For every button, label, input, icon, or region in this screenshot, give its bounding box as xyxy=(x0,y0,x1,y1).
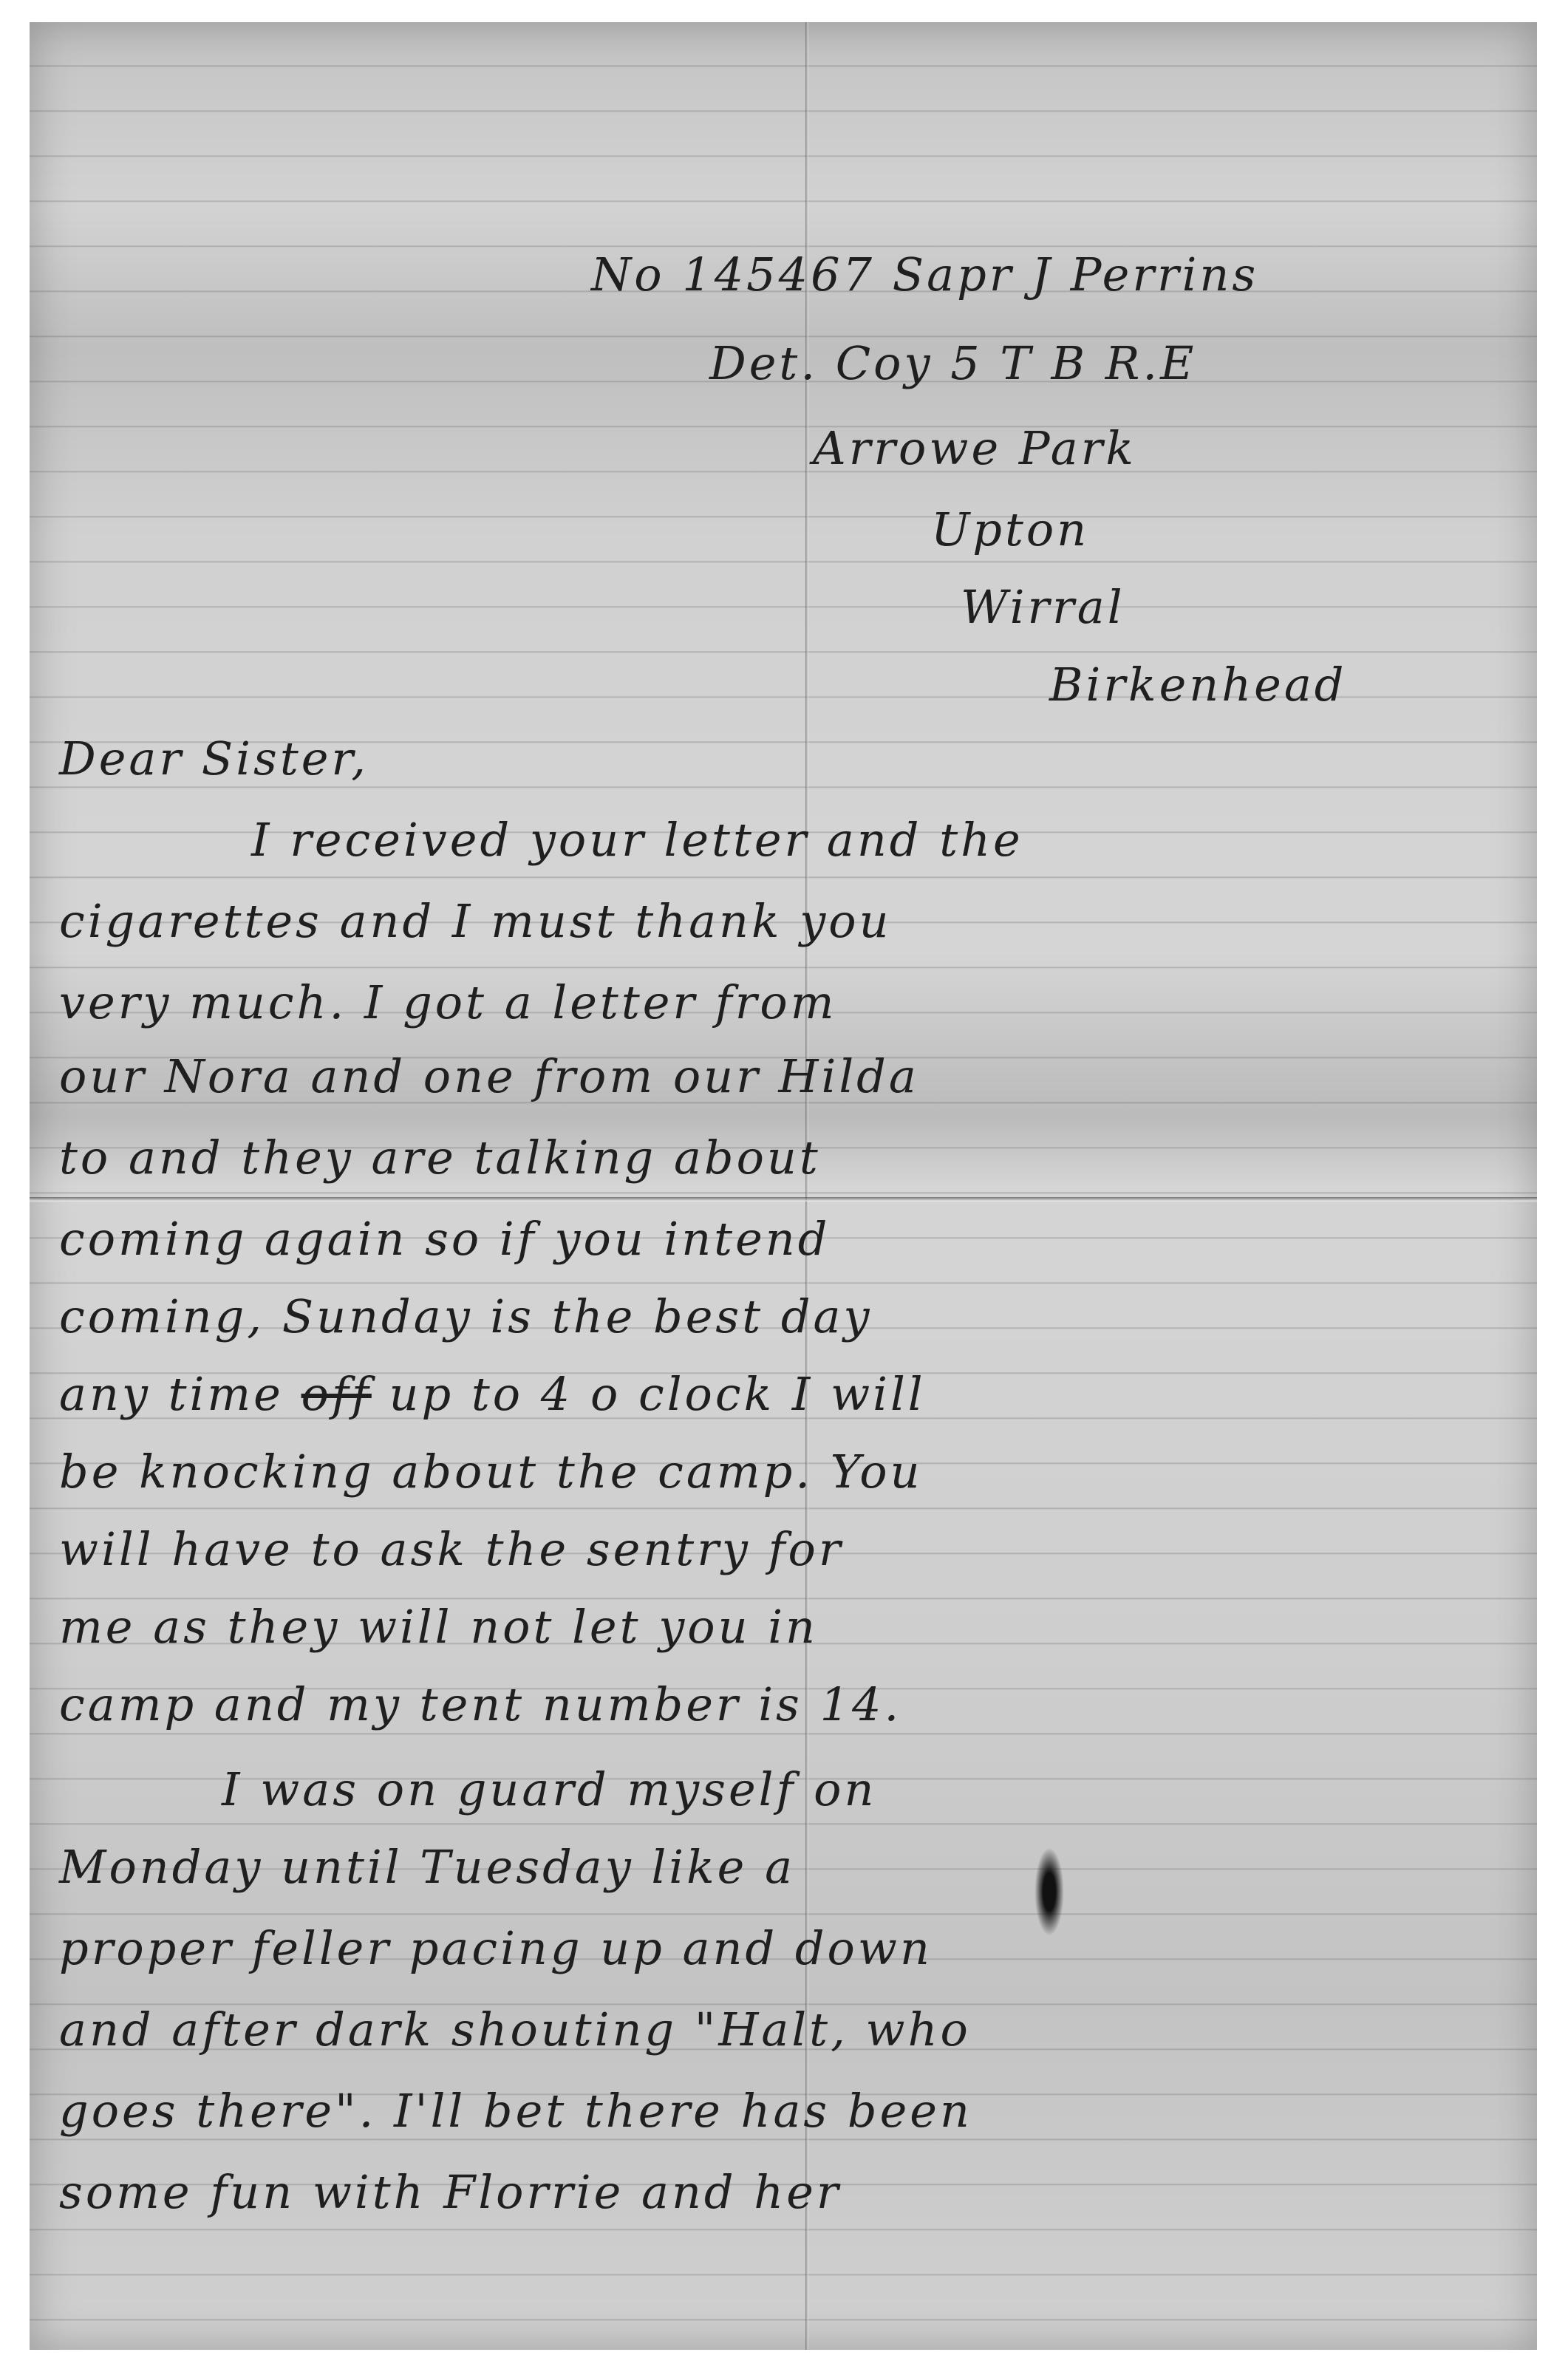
horizontal-fold-crease xyxy=(30,1197,1537,1202)
body-line-1: I received your letter and the xyxy=(251,813,1023,867)
body-line-18: some fun with Florrie and her xyxy=(59,2165,842,2219)
salutation: Dear Sister, xyxy=(59,732,369,785)
body-line-8-end: up to 4 o clock I will xyxy=(389,1367,926,1421)
body-line-11: me as they will not let you in xyxy=(59,1600,818,1654)
header-unit: Det. Coy 5 T B R.E xyxy=(709,336,1196,390)
struck-word: off xyxy=(301,1367,372,1421)
body-line-12: camp and my tent number is 14. xyxy=(59,1677,901,1731)
body-line-15: proper feller pacing up and down xyxy=(59,1921,933,1975)
body-line-3: very much. I got a letter from xyxy=(59,975,836,1029)
body-line-5: to and they are talking about xyxy=(59,1131,821,1185)
body-line-13: I was on guard myself on xyxy=(222,1762,876,1816)
header-address-town: Upton xyxy=(931,502,1089,556)
header-address-park: Arrowe Park xyxy=(813,421,1136,475)
header-address-city: Birkenhead xyxy=(1049,658,1347,712)
body-line-9: be knocking about the camp. You xyxy=(59,1445,923,1499)
body-line-4: our Nora and one from our Hilda xyxy=(59,1049,919,1103)
body-line-2: cigarettes and I must thank you xyxy=(59,894,892,948)
body-line-7: coming, Sunday is the best day xyxy=(59,1289,873,1343)
body-line-8-start: any time xyxy=(59,1367,284,1421)
body-line-14: Monday until Tuesday like a xyxy=(59,1840,795,1894)
header-service-number-name: No 145467 Sapr J Perrins xyxy=(591,248,1258,301)
body-line-10: will have to ask the sentry for xyxy=(59,1522,843,1576)
header-address-region: Wirral xyxy=(961,580,1125,634)
body-line-16: and after dark shouting "Halt, who xyxy=(59,2003,971,2056)
body-line-17: goes there". I'll bet there has been xyxy=(59,2084,972,2138)
body-line-8: any time off up to 4 o clock I will xyxy=(59,1367,926,1421)
ink-smudge xyxy=(1034,1847,1064,1936)
body-line-6: coming again so if you intend xyxy=(59,1212,830,1266)
